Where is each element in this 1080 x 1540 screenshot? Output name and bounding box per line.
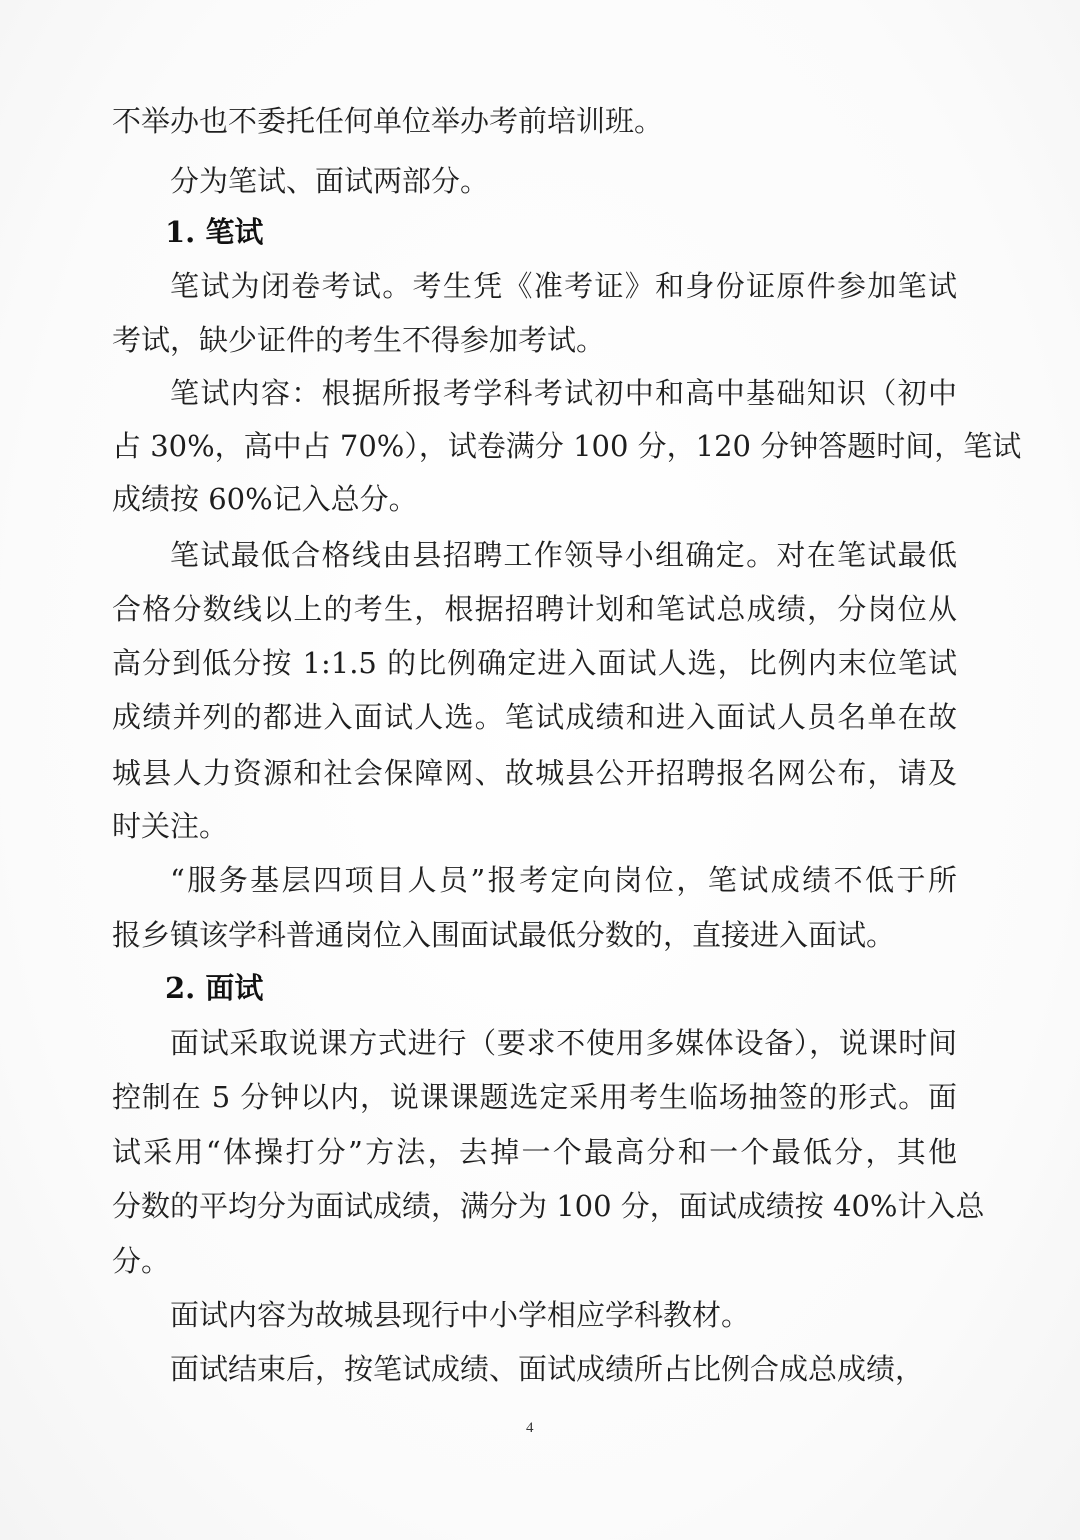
paragraph-line: 成绩按 60%记入总分。 <box>112 481 957 517</box>
paragraph-line: 高分到低分按 1:1.5 的比例确定进入面试人选，比例内末位笔试 <box>112 645 957 681</box>
paragraph-line: 分。 <box>112 1243 957 1279</box>
paragraph-line: “服务基层四项目人员”报考定向岗位，笔试成绩不低于所 <box>170 862 957 898</box>
paragraph-line: 笔试为闭卷考试。考生凭《准考证》和身份证原件参加笔试 <box>170 268 957 304</box>
paragraph-line: 城县人力资源和社会保障网、故城县公开招聘报名网公布，请及 <box>112 755 957 791</box>
paragraph-line: 分数的平均分为面试成绩，满分为 100 分，面试成绩按 40%计入总 <box>112 1188 957 1224</box>
paragraph-line: 面试内容为故城县现行中小学相应学科教材。 <box>170 1297 957 1333</box>
paragraph-line: 笔试最低合格线由县招聘工作领导小组确定。对在笔试最低 <box>170 537 957 573</box>
paragraph-line: 占 30%，高中占 70%），试卷满分 100 分，120 分钟答题时间，笔试 <box>112 428 957 464</box>
paragraph-line: 不举办也不委托任何单位举办考前培训班。 <box>112 103 957 139</box>
paragraph-line: 时关注。 <box>112 808 957 844</box>
page-number: 4 <box>526 1420 534 1437</box>
section-heading-written-exam: 1. 笔试 <box>165 214 263 250</box>
intro-sentence: 分为笔试、面试两部分。 <box>170 163 957 199</box>
document-page: 不举办也不委托任何单位举办考前培训班。 分为笔试、面试两部分。 1. 笔试 笔试… <box>0 0 1080 1540</box>
paragraph-line: 控制在 5 分钟以内，说课课题选定采用考生临场抽签的形式。面 <box>112 1079 957 1115</box>
paragraph-line: 笔试内容：根据所报考学科考试初中和高中基础知识（初中 <box>170 375 957 411</box>
paragraph-line: 面试采取说课方式进行（要求不使用多媒体设备），说课时间 <box>170 1025 957 1061</box>
paragraph-line: 报乡镇该学科普通岗位入围面试最低分数的，直接进入面试。 <box>112 917 957 953</box>
paragraph-line: 面试结束后，按笔试成绩、面试成绩所占比例合成总成绩， <box>170 1351 957 1387</box>
paragraph-line: 试采用“体操打分”方法，去掉一个最高分和一个最低分，其他 <box>112 1134 957 1170</box>
paragraph-line: 合格分数线以上的考生，根据招聘计划和笔试总成绩，分岗位从 <box>112 591 957 627</box>
paragraph-line: 考试，缺少证件的考生不得参加考试。 <box>112 322 957 358</box>
paragraph-line: 成绩并列的都进入面试人选。笔试成绩和进入面试人员名单在故 <box>112 699 957 735</box>
section-heading-interview: 2. 面试 <box>165 970 263 1006</box>
